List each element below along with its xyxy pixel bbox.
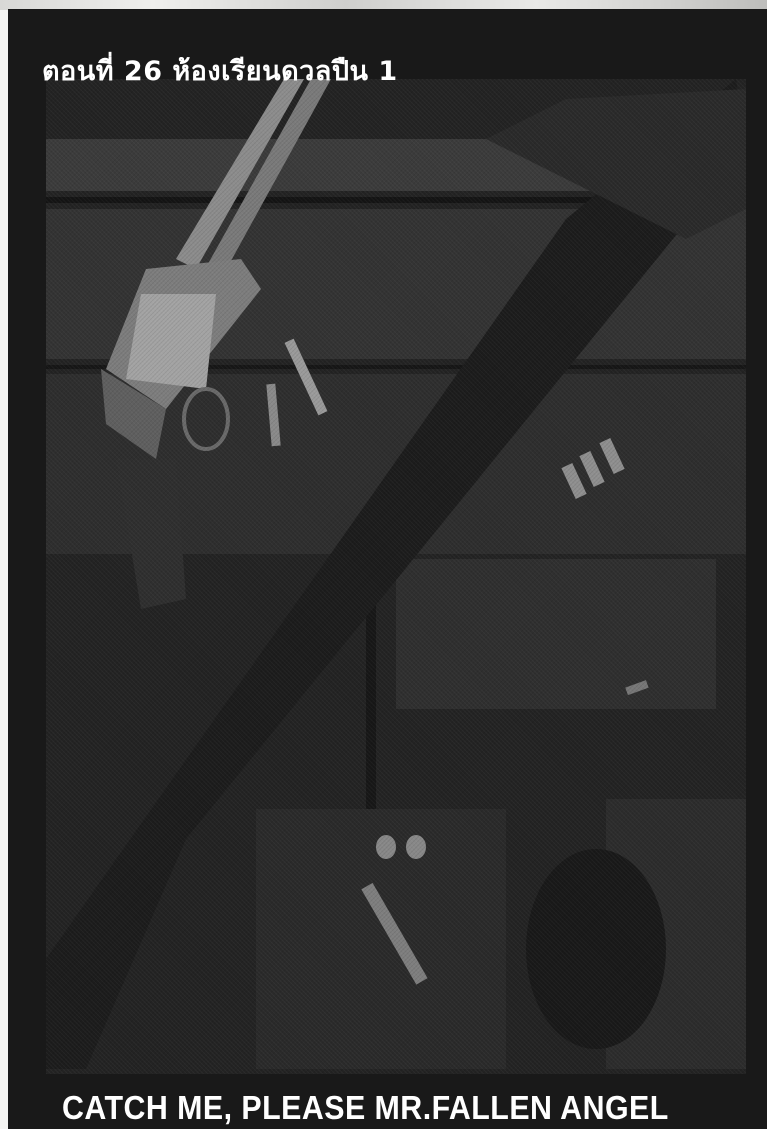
chapter-tagline: CATCH ME, PLEASE MR.FALLEN ANGEL: [62, 1089, 688, 1127]
artwork-photo: [46, 79, 746, 1074]
chapter-heading: ตอนที่ 26 ห้องเรียนดวลปืน 1: [42, 49, 398, 92]
cover-panel: ตอนที่ 26 ห้องเรียนดวลปืน 1 CATCH ME, PL…: [8, 9, 767, 1129]
revolver-scene-illustration: [46, 79, 746, 1074]
holster-shape: [526, 849, 666, 1049]
